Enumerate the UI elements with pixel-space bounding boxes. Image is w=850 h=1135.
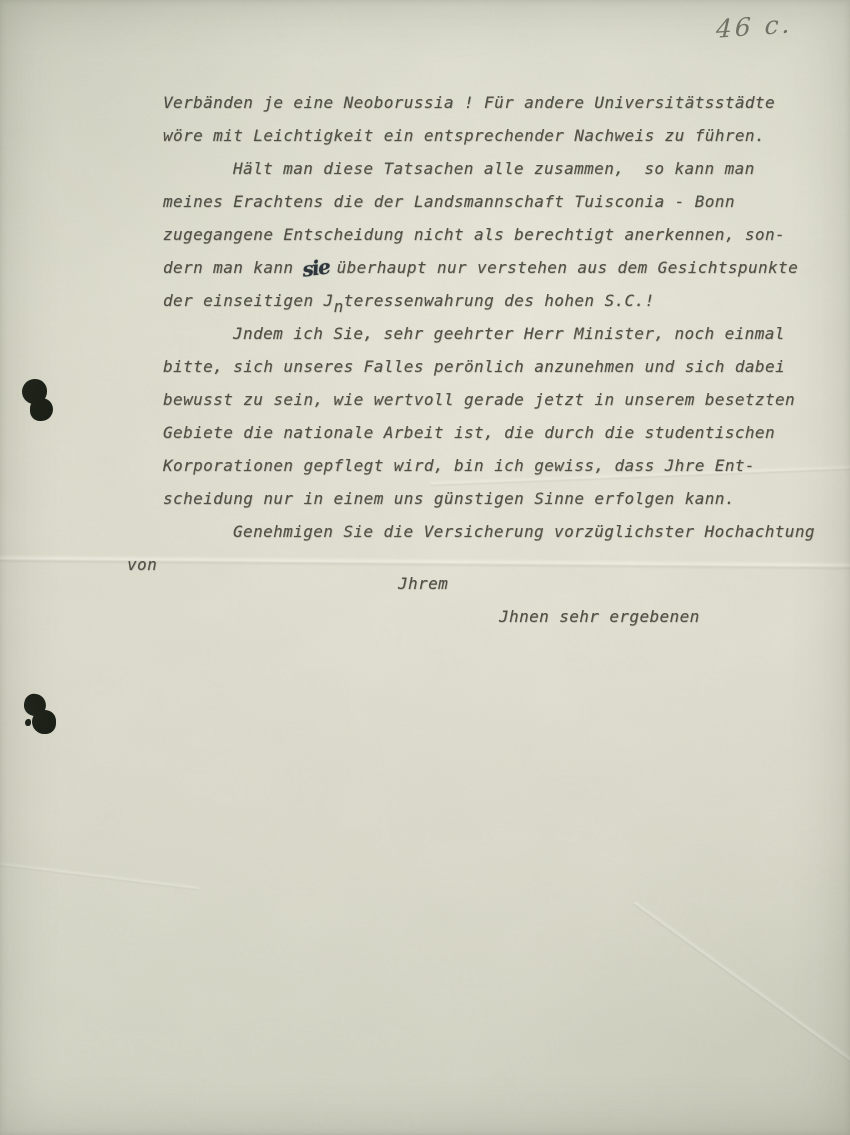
letter-line: Hält man diese Tatsachen alle zusammen, …: [163, 152, 815, 185]
letter-line: Gebiete die nationale Arbeit ist, die du…: [163, 416, 815, 449]
typed-text: der einseitigen J: [163, 291, 334, 310]
letter-line: bitte, sich unseres Falles perönlich anz…: [163, 350, 815, 383]
letter-line: von: [127, 548, 815, 581]
ink-blot-upper-bottom: [30, 398, 53, 421]
letter-line: meines Erachtens die der Landsmannschaft…: [163, 185, 815, 218]
typed-subscript-letter: n: [334, 297, 344, 316]
letter-body: Verbänden je eine Neoborussia ! Für ande…: [163, 86, 815, 581]
letter-line: Jndem ich Sie, sehr geehrter Herr Minist…: [163, 317, 815, 350]
typed-text: teressenwahrung des hohen S.C.!: [344, 291, 655, 310]
closing-from-line: Jhrem: [398, 574, 448, 593]
letter-page: 46 c. Verbänden je eine Neoborussia ! Fü…: [0, 0, 850, 1135]
typed-text: überhaupt nur verstehen aus dem Gesichts…: [327, 258, 799, 277]
typed-text: dern man kann: [163, 258, 303, 277]
ink-blot-lower-bottom: [32, 710, 56, 734]
paper-crease-bottom-right: [632, 900, 850, 1117]
ink-blot-lower-speck: [25, 719, 31, 726]
letter-line: zugegangene Entscheidung nicht als berec…: [163, 218, 815, 251]
pencil-annotation: 46 c.: [716, 9, 794, 43]
letter-line: Korporationen gepflegt wird, bin ich gew…: [163, 449, 815, 482]
letter-line-with-ink-correction: dern man kann sie überhaupt nur verstehe…: [163, 251, 815, 284]
letter-line-with-subscript: der einseitigen Jnteressenwahrung des ho…: [163, 284, 815, 317]
letter-line: Verbänden je eine Neoborussia ! Für ande…: [163, 86, 815, 119]
paper-crease-left-low: [0, 859, 200, 892]
letter-line: wöre mit Leichtigkeit ein entsprechender…: [163, 119, 815, 152]
closing-devoted-line: Jhnen sehr ergebenen: [499, 607, 700, 626]
handwritten-ink-word: sie: [302, 256, 331, 279]
letter-line: Genehmigen Sie die Versicherung vorzügli…: [163, 515, 815, 548]
letter-line: scheidung nur in einem uns günstigen Sin…: [163, 482, 815, 515]
letter-line: bewusst zu sein, wie wertvoll gerade jet…: [163, 383, 815, 416]
